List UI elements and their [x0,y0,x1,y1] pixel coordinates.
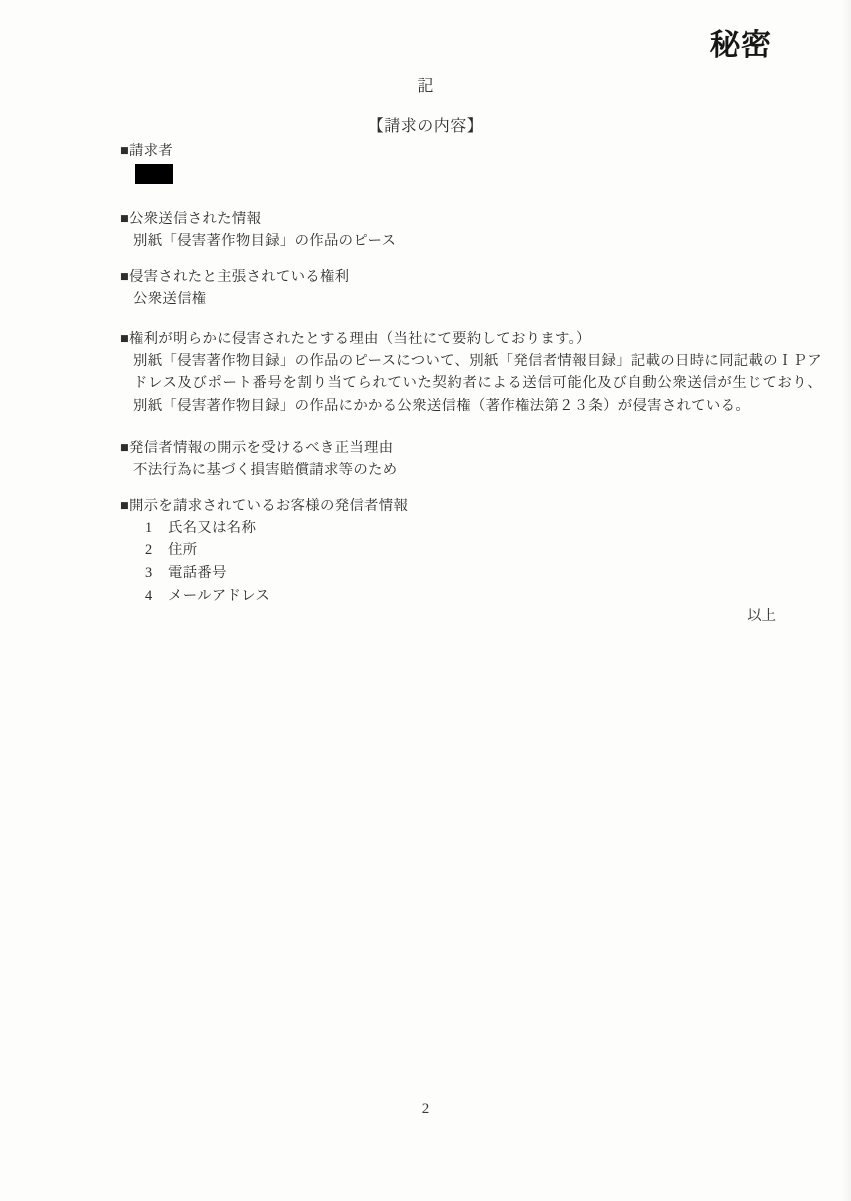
disclosure-items-list: 1氏名又は名称 2住所 3電話番号 4メールアドレス [120,517,822,607]
document-title: 【請求の内容】 [0,116,851,138]
list-item-label: 氏名又は名称 [168,520,256,536]
section-transmitted-information: ■公衆送信された情報 別紙「侵害著作物目録」の作品のピース [120,208,822,252]
redaction-box [135,164,173,184]
section-heading-requester: ■請求者 [120,140,822,162]
list-item-number: 2 [145,539,168,562]
list-item: 1氏名又は名称 [145,517,822,540]
confidential-stamp: 秘密 [710,20,772,64]
infringed-right-value: 公衆送信権 [120,288,822,310]
document-page: 秘密 記 【請求の内容】 ■請求者 ■公衆送信された情報 別紙「侵害著作物目録」… [0,0,851,1201]
closing-label: 以上 [120,605,822,627]
section-heading-infringement-reason: ■権利が明らかに侵害されたとする理由（当社にて要約しております。） [120,328,822,350]
section-infringement-reason: ■権利が明らかに侵害されたとする理由（当社にて要約しております。） 別紙「侵害著… [120,328,822,417]
list-item-label: メールアドレス [168,588,270,604]
document-body: ■請求者 ■公衆送信された情報 別紙「侵害著作物目録」の作品のピース ■侵害され… [0,140,851,627]
section-heading-legitimate-reason: ■発信者情報の開示を受けるべき正当理由 [120,437,822,459]
section-heading-infringed-right: ■侵害されたと主張されている権利 [120,266,822,288]
list-item-label: 住所 [168,542,197,558]
section-heading-disclosure-items: ■開示を請求されているお客様の発信者情報 [120,495,822,517]
section-disclosure-items: ■開示を請求されているお客様の発信者情報 1氏名又は名称 2住所 3電話番号 4… [120,495,822,607]
section-requester: ■請求者 [120,140,822,184]
transmitted-information-value: 別紙「侵害著作物目録」の作品のピース [120,230,822,252]
page-number: 2 [0,1101,851,1118]
legitimate-reason-value: 不法行為に基づく損害賠償請求等のため [120,459,822,481]
section-legitimate-reason: ■発信者情報の開示を受けるべき正当理由 不法行為に基づく損害賠償請求等のため [120,437,822,481]
section-heading-transmitted-information: ■公衆送信された情報 [120,208,822,230]
list-item-number: 3 [145,562,168,585]
list-item-number: 4 [145,585,168,608]
infringement-reason-paragraph: 別紙「侵害著作物目録」の作品のピースについて、別紙「発信者情報目録」記載の日時に… [120,350,822,417]
list-item: 3電話番号 [145,562,822,585]
list-item-number: 1 [145,517,168,540]
section-infringed-right: ■侵害されたと主張されている権利 公衆送信権 [120,266,822,310]
list-item: 4メールアドレス [145,585,822,608]
list-item-label: 電話番号 [168,565,227,581]
list-item: 2住所 [145,539,822,562]
